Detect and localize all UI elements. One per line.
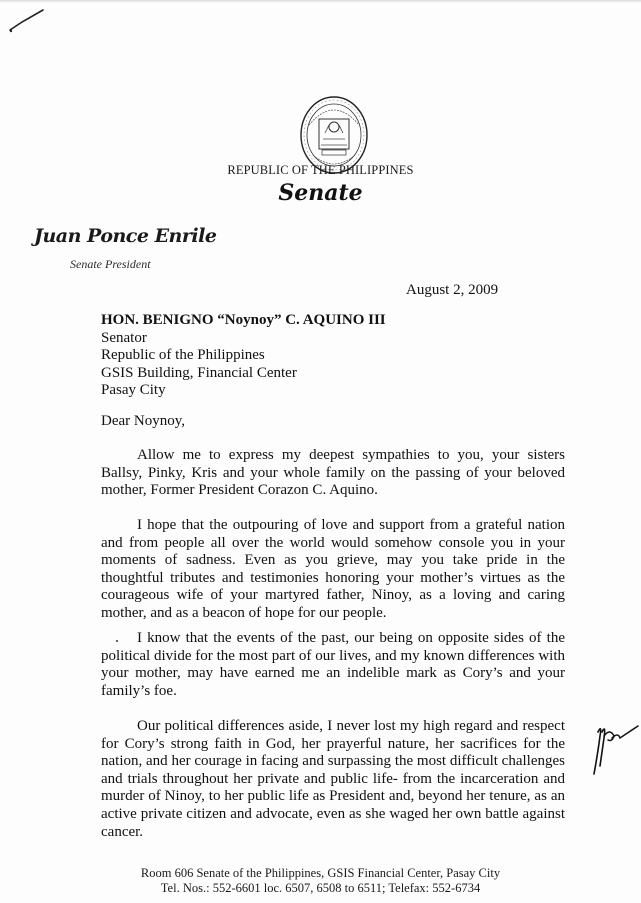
body-paragraph: I know that the events of the past, our … (101, 630, 565, 700)
body-paragraph: Allow me to express my deepest sympathie… (101, 447, 565, 500)
letter-date: August 2, 2009 (406, 282, 498, 299)
addressee-line: Republic of the Philippines (101, 347, 386, 365)
addressee-line: Pasay City (101, 382, 386, 400)
sender-signature-name: Juan Ponce Enrile (34, 225, 216, 247)
footer-address: Room 606 Senate of the Philippines, GSIS… (0, 866, 641, 881)
footer-phone: Tel. Nos.: 552-6601 loc. 6507, 6508 to 6… (0, 881, 641, 896)
sender-title: Senate President (70, 257, 151, 272)
addressee-block: HON. BENIGNO “Noynoy” C. AQUINO III Sena… (101, 312, 386, 400)
letter-footer: Room 606 Senate of the Philippines, GSIS… (0, 866, 641, 896)
addressee-name: HON. BENIGNO “Noynoy” C. AQUINO III (101, 312, 386, 330)
pen-mark-icon (8, 8, 48, 38)
body-paragraph: I hope that the outpouring of love and s… (101, 517, 565, 623)
salutation: Dear Noynoy, (101, 413, 185, 430)
handwritten-initials-icon (592, 722, 640, 778)
scan-edge (0, 0, 641, 3)
addressee-line: GSIS Building, Financial Center (101, 365, 386, 383)
letterhead-republic: REPUBLIC OF THE PHILIPPINES (0, 163, 641, 178)
addressee-line: Senator (101, 330, 386, 348)
letter-page: REPUBLIC OF THE PHILIPPINES Senate Juan … (0, 0, 641, 903)
body-paragraph: Our political differences aside, I never… (101, 718, 565, 841)
letterhead-senate: Senate (0, 180, 641, 206)
